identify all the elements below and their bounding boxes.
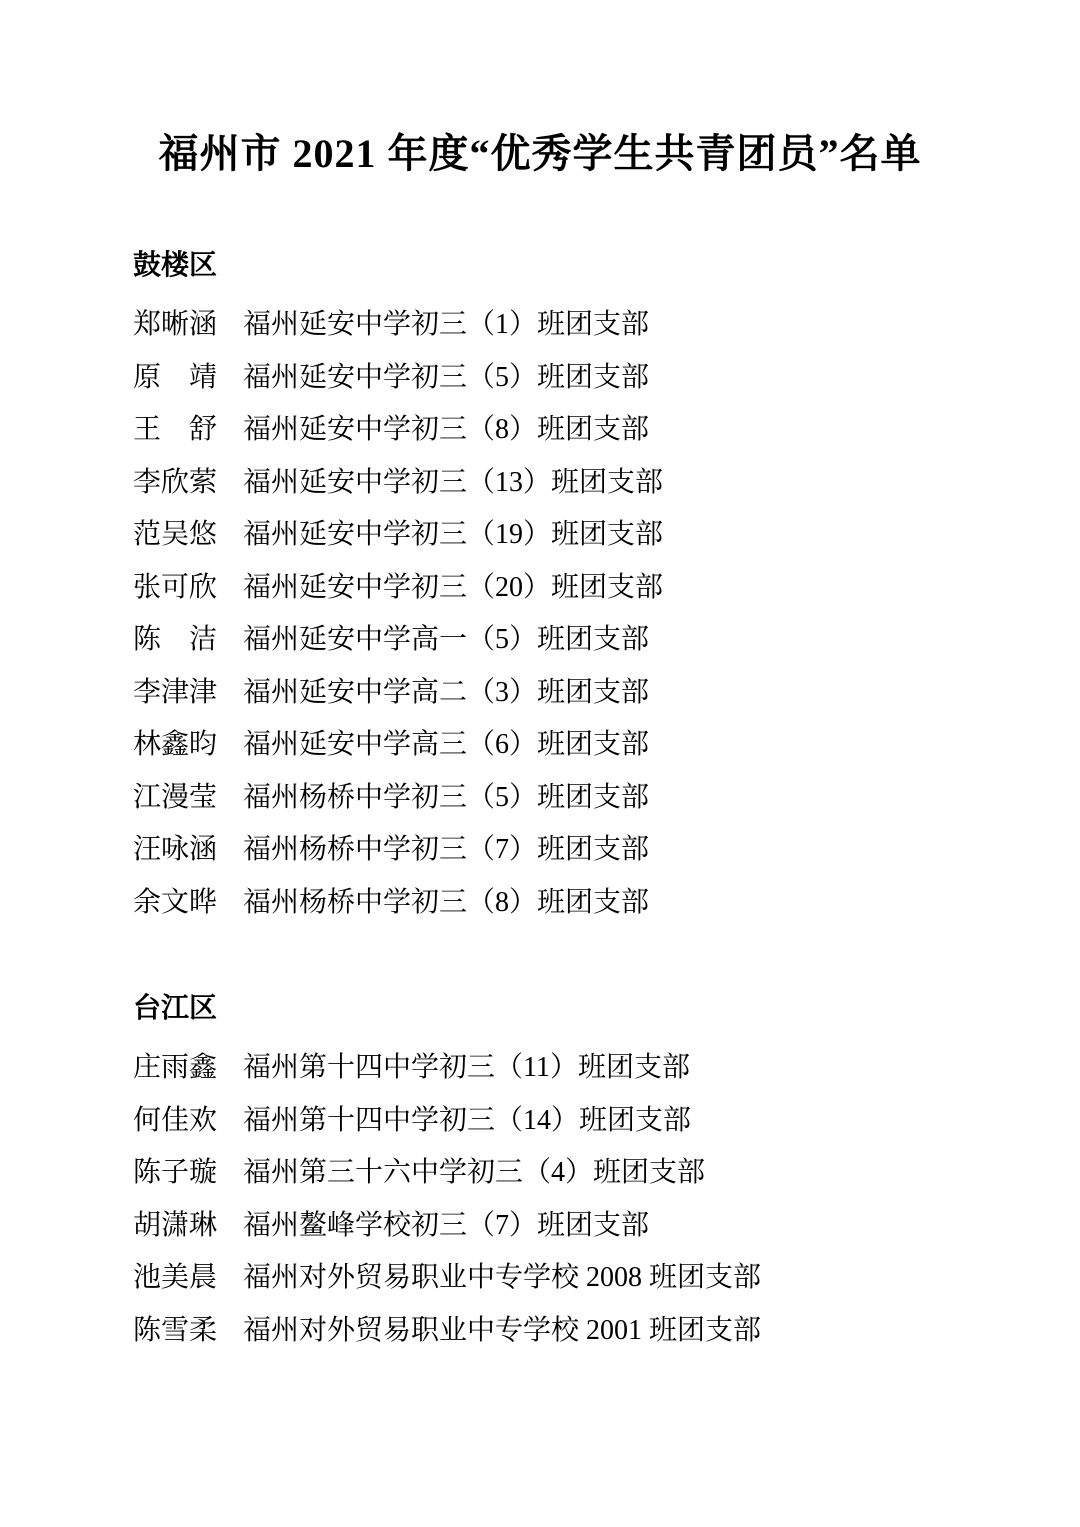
student-name: 范吴悠: [133, 521, 217, 549]
award-entry-row: 范吴悠 福州延安中学初三（19）班团支部: [0, 509, 1080, 562]
league-branch: 福州延安中学初三（13）班团支部: [243, 469, 663, 497]
student-name: 张可欣: [133, 574, 217, 602]
award-entry-row: 原 靖 福州延安中学初三（5）班团支部: [0, 352, 1080, 405]
league-branch: 福州延安中学高三（6）班团支部: [243, 731, 649, 759]
student-name: 李欣萦: [133, 469, 217, 497]
award-entry-row: 陈雪柔 福州对外贸易职业中专学校 2001 班团支部: [0, 1305, 1080, 1358]
student-name: 林鑫昀: [133, 731, 217, 759]
student-name: 庄雨鑫: [133, 1054, 217, 1082]
student-name: 陈 洁: [133, 626, 217, 654]
league-branch: 福州延安中学高二（3）班团支部: [243, 679, 649, 707]
district-heading: 台江区: [0, 995, 1080, 1023]
league-branch: 福州鳌峰学校初三（7）班团支部: [243, 1212, 649, 1240]
award-entry-row: 李津津 福州延安中学高二（3）班团支部: [0, 667, 1080, 720]
award-entry-row: 胡潇琳 福州鳌峰学校初三（7）班团支部: [0, 1200, 1080, 1253]
student-name: 李津津: [133, 679, 217, 707]
student-name: 池美晨: [133, 1264, 217, 1292]
award-entry-row: 陈子璇 福州第三十六中学初三（4）班团支部: [0, 1147, 1080, 1200]
league-branch: 福州第十四中学初三（14）班团支部: [243, 1107, 691, 1135]
student-name: 汪咏涵: [133, 836, 217, 864]
student-name: 江漫莹: [133, 784, 217, 812]
entry-rows: 郑晰涵 福州延安中学初三（1）班团支部 原 靖 福州延安中学初三（5）班团支部 …: [0, 299, 1080, 929]
league-branch: 福州延安中学初三（1）班团支部: [243, 311, 649, 339]
district-heading: 鼓楼区: [0, 252, 1080, 280]
award-entry-row: 林鑫昀 福州延安中学高三（6）班团支部: [0, 719, 1080, 772]
document-page: 福州市 2021 年度“优秀学生共青团员”名单 鼓楼区 郑晰涵 福州延安中学初三…: [0, 0, 1080, 1527]
league-branch: 福州延安中学初三（19）班团支部: [243, 521, 663, 549]
league-branch: 福州杨桥中学初三（5）班团支部: [243, 784, 649, 812]
league-branch: 福州延安中学初三（5）班团支部: [243, 364, 649, 392]
award-entry-row: 李欣萦 福州延安中学初三（13）班团支部: [0, 457, 1080, 510]
league-branch: 福州杨桥中学初三（7）班团支部: [243, 836, 649, 864]
league-branch: 福州第三十六中学初三（4）班团支部: [243, 1159, 705, 1187]
student-name: 原 靖: [133, 364, 217, 392]
league-branch: 福州对外贸易职业中专学校 2001 班团支部: [243, 1317, 761, 1345]
award-entry-row: 池美晨 福州对外贸易职业中专学校 2008 班团支部: [0, 1252, 1080, 1305]
student-name: 何佳欢: [133, 1107, 217, 1135]
student-name: 胡潇琳: [133, 1212, 217, 1240]
award-entry-row: 何佳欢 福州第十四中学初三（14）班团支部: [0, 1095, 1080, 1148]
district-section: 台江区 庄雨鑫 福州第十四中学初三（11）班团支部 何佳欢 福州第十四中学初三（…: [0, 995, 1080, 1357]
award-entry-row: 余文晔 福州杨桥中学初三（8）班团支部: [0, 877, 1080, 930]
sections-container: 鼓楼区 郑晰涵 福州延安中学初三（1）班团支部 原 靖 福州延安中学初三（5）班…: [0, 252, 1080, 1357]
award-entry-row: 汪咏涵 福州杨桥中学初三（7）班团支部: [0, 824, 1080, 877]
league-branch: 福州第十四中学初三（11）班团支部: [243, 1054, 690, 1082]
league-branch: 福州延安中学初三（20）班团支部: [243, 574, 663, 602]
league-branch: 福州杨桥中学初三（8）班团支部: [243, 889, 649, 917]
student-name: 陈雪柔: [133, 1317, 217, 1345]
award-entry-row: 陈 洁 福州延安中学高一（5）班团支部: [0, 614, 1080, 667]
award-entry-row: 王 舒 福州延安中学初三（8）班团支部: [0, 404, 1080, 457]
document-title: 福州市 2021 年度“优秀学生共青团员”名单: [0, 130, 1080, 178]
award-entry-row: 庄雨鑫 福州第十四中学初三（11）班团支部: [0, 1042, 1080, 1095]
league-branch: 福州延安中学初三（8）班团支部: [243, 416, 649, 444]
student-name: 郑晰涵: [133, 311, 217, 339]
league-branch: 福州对外贸易职业中专学校 2008 班团支部: [243, 1264, 761, 1292]
league-branch: 福州延安中学高一（5）班团支部: [243, 626, 649, 654]
award-entry-row: 郑晰涵 福州延安中学初三（1）班团支部: [0, 299, 1080, 352]
award-entry-row: 张可欣 福州延安中学初三（20）班团支部: [0, 562, 1080, 615]
student-name: 王 舒: [133, 416, 217, 444]
district-section: 鼓楼区 郑晰涵 福州延安中学初三（1）班团支部 原 靖 福州延安中学初三（5）班…: [0, 252, 1080, 929]
entry-rows: 庄雨鑫 福州第十四中学初三（11）班团支部 何佳欢 福州第十四中学初三（14）班…: [0, 1042, 1080, 1357]
student-name: 陈子璇: [133, 1159, 217, 1187]
student-name: 余文晔: [133, 889, 217, 917]
award-entry-row: 江漫莹 福州杨桥中学初三（5）班团支部: [0, 772, 1080, 825]
